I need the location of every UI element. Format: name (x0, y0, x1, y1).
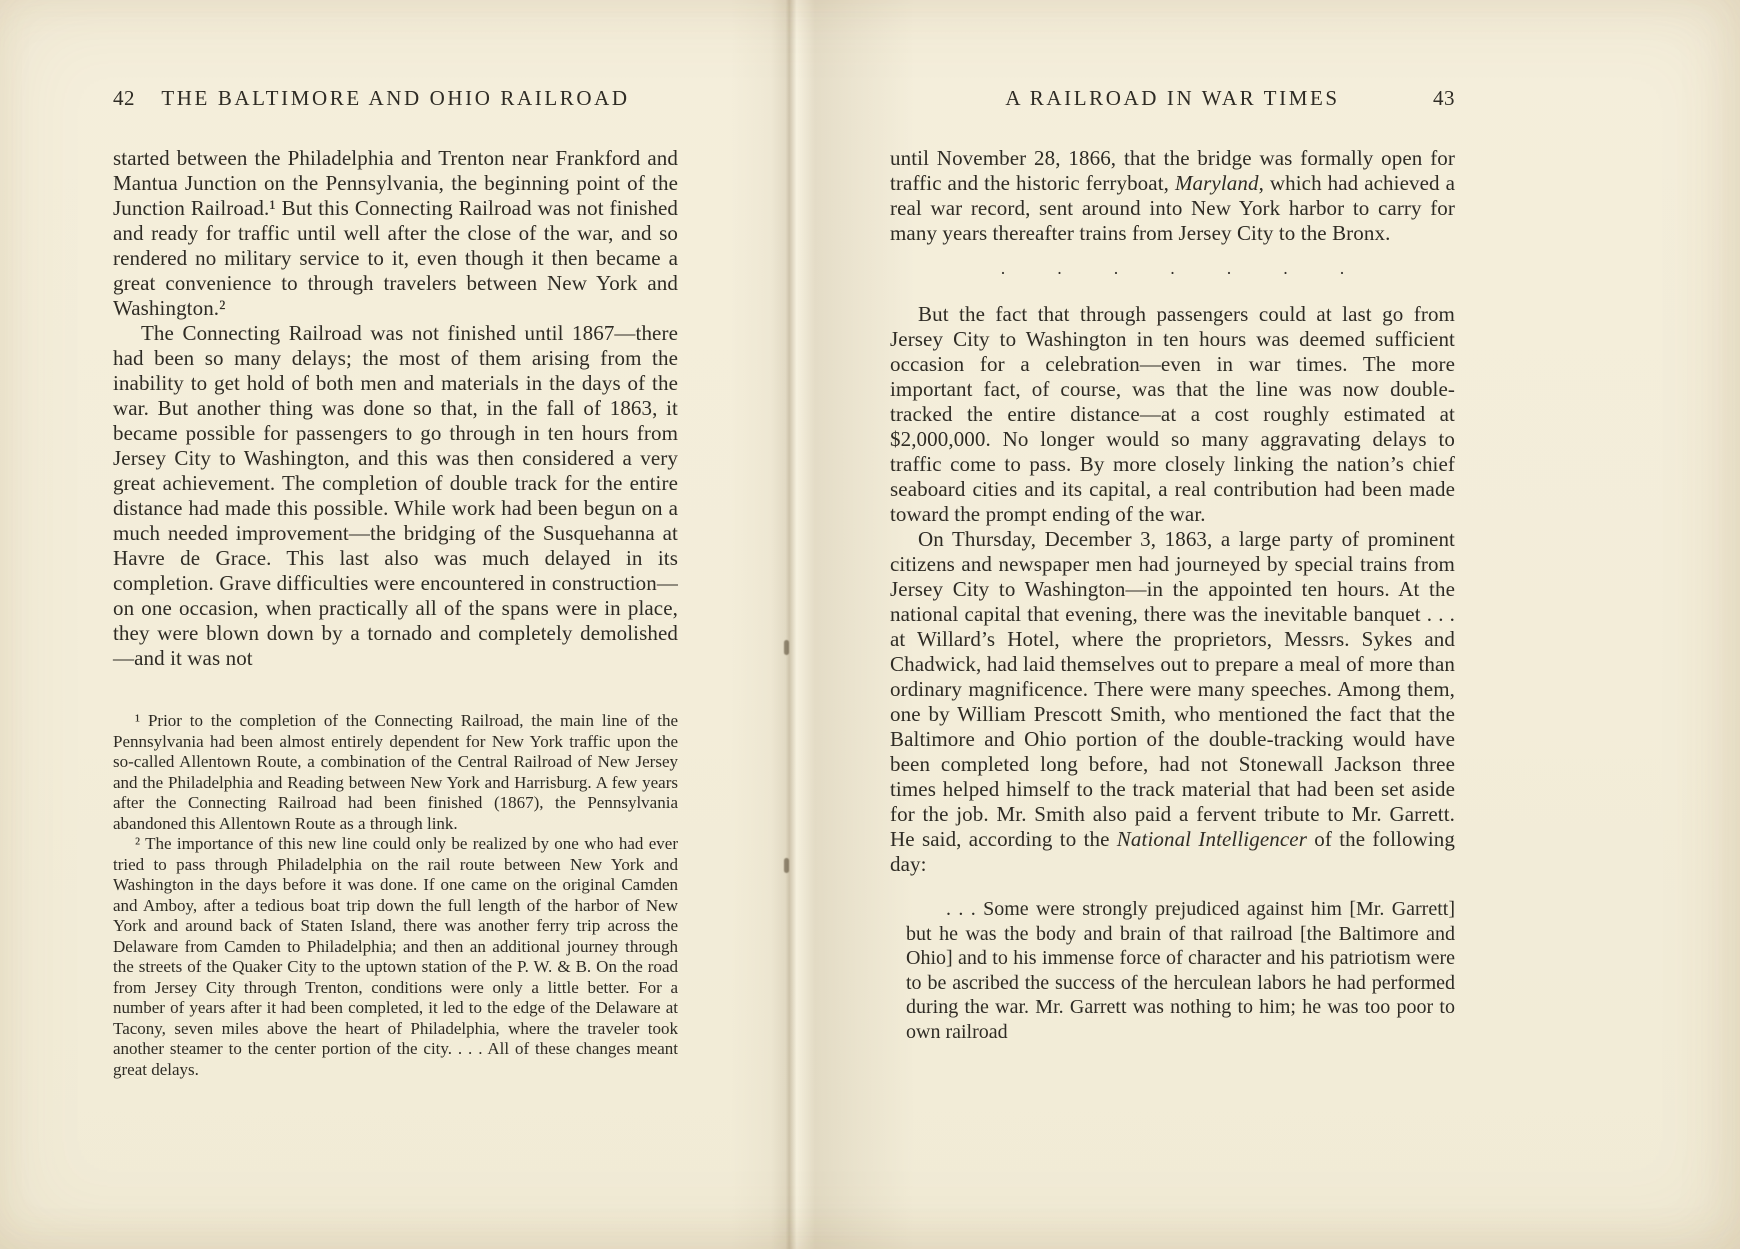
section-separator-dots: · · · · · · · (890, 261, 1455, 286)
page-left: 42 THE BALTIMORE AND OHIO RAILROAD start… (0, 0, 790, 1249)
left-paragraph-2: The Connecting Railroad was not finished… (113, 321, 678, 671)
right-running-head: A RAILROAD IN WAR TIMES 43 (890, 86, 1455, 112)
speech-quote: . . . Some were strongly prejudiced agai… (906, 897, 1455, 1044)
newspaper-name: National Intelligencer (1117, 827, 1307, 851)
ferryboat-name: Maryland (1175, 171, 1259, 195)
right-paragraph-3: On Thursday, December 3, 1863, a large p… (890, 527, 1455, 877)
right-text-column: A RAILROAD IN WAR TIMES 43 until Novembe… (890, 0, 1455, 1044)
footnote-2: ² The importance of this new line could … (113, 834, 678, 1080)
right-paragraph-2: But the fact that through passengers cou… (890, 302, 1455, 527)
left-page-number: 42 (113, 86, 135, 111)
left-running-title: THE BALTIMORE AND OHIO RAILROAD (113, 86, 678, 111)
page-right: A RAILROAD IN WAR TIMES 43 until Novembe… (790, 0, 1740, 1249)
book-spread: 42 THE BALTIMORE AND OHIO RAILROAD start… (0, 0, 1740, 1249)
left-paragraph-continuation: started between the Philadelphia and Tre… (113, 146, 678, 321)
right-paragraph-continuation: until November 28, 1866, that the bridge… (890, 146, 1455, 246)
footnotes-block: ¹ Prior to the completion of the Connect… (113, 711, 678, 1080)
paragraph-text: On Thursday, December 3, 1863, a large p… (890, 527, 1455, 851)
right-page-number: 43 (1433, 86, 1455, 111)
left-running-head: 42 THE BALTIMORE AND OHIO RAILROAD (113, 86, 678, 112)
left-text-column: 42 THE BALTIMORE AND OHIO RAILROAD start… (113, 0, 678, 1080)
footnote-1: ¹ Prior to the completion of the Connect… (113, 711, 678, 834)
right-running-title: A RAILROAD IN WAR TIMES (890, 86, 1455, 111)
